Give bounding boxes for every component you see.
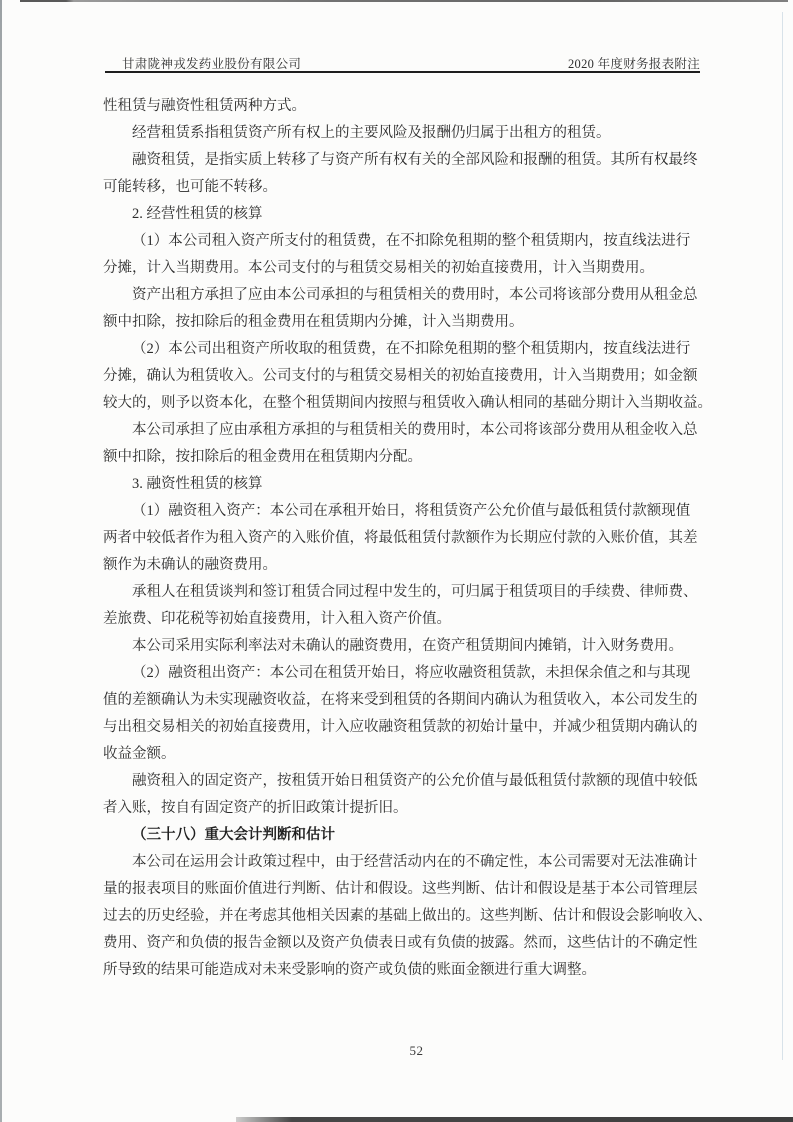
document-body: 性租赁与融资性租赁两种方式。经营租赁系指租赁资产所有权上的主要风险及报酬仍归属于…	[103, 93, 703, 984]
document-page: 甘肃陇神戎发药业股份有限公司 2020 年度财务报表附注 性租赁与融资性租赁两种…	[0, 0, 793, 1122]
text-line: 融资租赁，是指实质上转移了与资产所有权有关的全部风险和报酬的租赁。其所有权最终	[103, 147, 703, 174]
header-report-title: 2020 年度财务报表附注	[105, 54, 700, 72]
text-line: 本公司承担了应由承租方承担的与租赁相关的费用时，本公司将该部分费用从租金收入总	[103, 417, 703, 444]
text-line: 3. 融资性租赁的核算	[103, 471, 703, 498]
page-number: 52	[0, 1043, 793, 1059]
text-line: 与出租交易相关的初始直接费用，计入应收融资租赁款的初始计量中，并减少租赁期内确认…	[103, 714, 703, 741]
scan-artifact-bottom-edge	[236, 1117, 793, 1122]
text-line: 差旅费、印花税等初始直接费用，计入租入资产价值。	[103, 606, 703, 633]
text-line: 收益金额。	[103, 741, 703, 768]
scan-artifact-right-line	[782, 12, 783, 1060]
text-line: 值的差额确认为未实现融资收益，在将来受到租赁的各期间内确认为租赁收入，本公司发生…	[103, 687, 703, 714]
text-line: （1）融资租入资产：本公司在承租开始日，将租赁资产公允价值与最低租赁付款额现值	[103, 498, 703, 525]
text-line: 融资租入的固定资产，按租赁开始日租赁资产的公允价值与最低租赁付款额的现值中较低	[103, 768, 703, 795]
scan-artifact-left-edge	[0, 0, 2, 1122]
text-line: 经营租赁系指租赁资产所有权上的主要风险及报酬仍归属于出租方的租赁。	[103, 120, 703, 147]
text-line: 量的报表项目的账面价值进行判断、估计和假设。这些判断、估计和假设是基于本公司管理…	[103, 876, 703, 903]
text-line: 分摊，确认为租赁收入。公司支付的与租赁交易相关的初始直接费用，计入当期费用；如金…	[103, 363, 703, 390]
text-line: 本公司在运用会计政策过程中，由于经营活动内在的不确定性，本公司需要对无法准确计	[103, 849, 703, 876]
header-divider	[105, 71, 700, 73]
text-line: 本公司采用实际利率法对未确认的融资费用，在资产租赁期间内摊销，计入财务费用。	[103, 633, 703, 660]
text-line: 两者中较低者作为租入资产的入账价值，将最低租赁付款额作为长期应付款的入账价值，其…	[103, 525, 703, 552]
text-line: 承租人在租赁谈判和签订租赁合同过程中发生的，可归属于租赁项目的手续费、律师费、	[103, 579, 703, 606]
text-line: （2）本公司出租资产所收取的租赁费，在不扣除免租期的整个租赁期内，按直线法进行	[103, 336, 703, 363]
text-line: 性租赁与融资性租赁两种方式。	[103, 93, 703, 120]
text-line: 较大的，则予以资本化，在整个租赁期间内按照与租赁收入确认相同的基础分期计入当期收…	[103, 390, 703, 417]
text-line: 可能转移，也可能不转移。	[103, 174, 703, 201]
text-line: 额中扣除，按扣除后的租金费用在租赁期内分配。	[103, 444, 703, 471]
text-line: 所导致的结果可能造成对未来受影响的资产或负债的账面金额进行重大调整。	[103, 957, 703, 984]
text-line: 分摊，计入当期费用。本公司支付的与租赁交易相关的初始直接费用，计入当期费用。	[103, 255, 703, 282]
text-line: （1）本公司租入资产所支付的租赁费，在不扣除免租期的整个租赁期内，按直线法进行	[103, 228, 703, 255]
text-line: 额作为未确认的融资费用。	[103, 552, 703, 579]
text-line: 2. 经营性租赁的核算	[103, 201, 703, 228]
text-line: 过去的历史经验，并在考虑其他相关因素的基础上做出的。这些判断、估计和假设会影响收…	[103, 903, 703, 930]
text-line: （2）融资租出资产：本公司在租赁开始日，将应收融资租赁款，未担保余值之和与其现	[103, 660, 703, 687]
text-line: 资产出租方承担了应由本公司承担的与租赁相关的费用时，本公司将该部分费用从租金总	[103, 282, 703, 309]
text-line: 费用、资产和负债的报告金额以及资产负债表日或有负债的披露。然而，这些估计的不确定…	[103, 930, 703, 957]
text-line: 额中扣除，按扣除后的租金费用在租赁期内分摊，计入当期费用。	[103, 309, 703, 336]
text-line: 者入账，按自有固定资产的折旧政策计提折旧。	[103, 795, 703, 822]
scan-artifact-top-edge	[20, 0, 788, 2]
section-heading: （三十八）重大会计判断和估计	[103, 822, 703, 849]
